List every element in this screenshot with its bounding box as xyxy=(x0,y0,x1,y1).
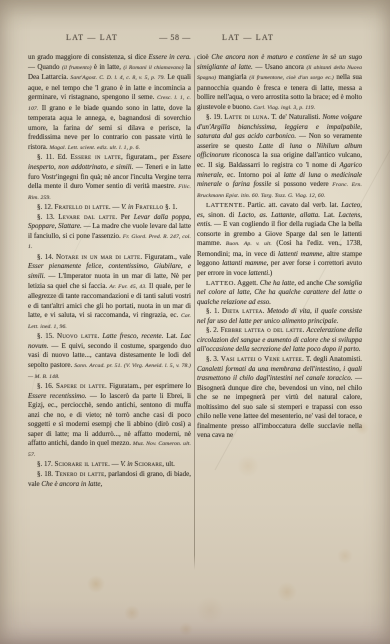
text-segment: un grado maggiore di consistenza, si dic… xyxy=(28,53,149,61)
text-segment: Che ha latte xyxy=(260,279,295,287)
text-segment: §. 19. xyxy=(206,113,224,121)
dictionary-paragraph: §. 19. Latte di luna. T. de' Naturalisti… xyxy=(197,113,362,201)
dictionary-paragraph: §. 15. Nuovo latte. Latte fresco, recent… xyxy=(28,332,191,382)
column-divider-rule xyxy=(194,55,195,570)
text-segment: Sant'Agost. C. D. l. 4, c. 8, v. 5, p. 7… xyxy=(70,75,165,81)
text-segment: (il frumento) xyxy=(62,65,92,71)
text-segment: . — xyxy=(108,460,120,468)
text-segment: mangiarla xyxy=(216,73,249,81)
text-segment: Vasi lattei o Vene lattee xyxy=(221,355,302,363)
text-segment: §. 12. xyxy=(37,203,55,211)
text-segment: §. 14. xyxy=(37,253,56,261)
text-segment: Fratello xyxy=(135,203,163,211)
text-segment: §. 1. xyxy=(163,203,177,211)
text-segment: §. 16. xyxy=(37,382,56,390)
text-segment: Sapere di latte xyxy=(56,382,105,390)
dictionary-paragraph: §. 14. Notare in un mar di latte. Figura… xyxy=(28,253,191,332)
dictionary-paragraph: §. 16. Sapere di latte. Figuratam., per … xyxy=(28,382,191,460)
text-segment: §. 18. xyxy=(37,470,55,478)
text-segment: o xyxy=(321,171,331,179)
text-segment: §. 11. Ed. xyxy=(37,153,71,161)
running-title-right: LAT — LAT xyxy=(222,33,274,42)
text-segment: , figuratam., per xyxy=(121,153,173,161)
text-segment: farina fossile xyxy=(233,180,272,188)
text-segment: §. 13. xyxy=(37,213,58,221)
text-segment: . Figuratam., per esprimere lo xyxy=(105,382,191,390)
text-segment: Essere recentissimo. xyxy=(28,392,87,400)
text-segment: (i Romani il chiamavano) xyxy=(123,65,183,71)
text-segment: Sciorare xyxy=(134,460,162,468)
text-segment: Ar. Fur. 45, 43. xyxy=(109,284,146,290)
dictionary-paragraph: §. 3. Vasi lattei o Vene lattee. T. degl… xyxy=(197,355,362,441)
text-segment: Latte di luna xyxy=(224,113,267,121)
text-segment: . Figuratam., vale xyxy=(140,253,191,261)
text-segment: cioè xyxy=(197,53,211,61)
text-segment: V. in xyxy=(120,460,134,468)
text-segment: è in latte, xyxy=(91,63,123,71)
text-segment: — Bisognerà dunque dire che, bevendosi u… xyxy=(197,374,362,439)
text-segment: §. 3. xyxy=(206,355,221,363)
text-segment: , ult. xyxy=(162,460,175,468)
page-header: LAT — LAT — 58 — LAT — LAT xyxy=(0,33,390,45)
text-segment: lattanti mamme xyxy=(222,259,267,267)
text-segment: Lat. xyxy=(320,211,338,219)
text-segment: (il frumentone, cioè d'un sorgo ec.) xyxy=(249,75,333,81)
text-segment: Latteo xyxy=(206,280,234,287)
dictionary-paragraph: §. 2. Febbre lattea o del latte. Acceler… xyxy=(197,326,362,355)
dictionary-paragraph: §. 1. Dieta lattea. Metodo di vita, il q… xyxy=(197,307,362,326)
text-columns: un grado maggiore di consistenza, si dic… xyxy=(28,53,362,570)
text-segment: Buon. Ap. v. ult. xyxy=(226,241,272,247)
text-segment: V. in xyxy=(121,203,135,211)
text-segment: , ec. Intorno poi al xyxy=(222,171,284,179)
page-number: — 58 — xyxy=(159,33,191,42)
dictionary-paragraph: §. 13. Levare dal latte. Per Levar dalla… xyxy=(28,213,191,253)
dictionary-paragraph: §. 17. Sciorare il latte. — V. in Sciora… xyxy=(28,460,191,470)
text-segment: Magal. Lett. scient. ediz. ult. l. 1, p.… xyxy=(49,145,140,151)
text-segment: Lattente xyxy=(206,202,243,209)
text-segment: o xyxy=(222,180,233,188)
text-segment: .) xyxy=(268,269,272,277)
dictionary-paragraph: un grado maggiore di consistenza, si dic… xyxy=(28,53,191,153)
text-column-left: un grado maggiore di consistenza, si dic… xyxy=(28,53,191,570)
book-page-scan: LAT — LAT — 58 — LAT — LAT un grado magg… xyxy=(0,0,390,644)
text-segment: §. 2. xyxy=(206,326,221,334)
text-segment: , ed anche xyxy=(294,279,324,287)
text-segment: — Quando xyxy=(28,63,62,71)
dictionary-paragraph: §. 11. Ed. Essere in latte, figuratam., … xyxy=(28,153,191,203)
text-segment: Sciorare il latte xyxy=(55,460,109,468)
dictionary-paragraph: §. 12. Fratello di latte. — V. in Fratel… xyxy=(28,203,191,213)
text-segment: . T. de' Naturalisti. xyxy=(268,113,323,121)
text-segment: , sinon. di xyxy=(203,211,238,219)
text-segment: Essere in latte xyxy=(71,153,121,161)
text-column-right: cioè Che ancora non è maturo e contiene … xyxy=(197,53,362,570)
text-segment: Che è ancora in latte, xyxy=(41,480,102,488)
text-segment: §. 1. xyxy=(206,307,222,315)
text-segment: §. 15. xyxy=(37,332,57,340)
text-segment: Febbre lattea o del latte xyxy=(221,326,303,334)
text-segment: Nuovo latte xyxy=(57,332,98,340)
text-segment: Il grano e le biade quando sono in latte… xyxy=(28,104,191,151)
text-segment: lattenti xyxy=(248,269,268,277)
dictionary-paragraph: cioè Che ancora non è maturo e contiene … xyxy=(197,53,362,113)
text-segment: Tenero di latte xyxy=(55,470,104,478)
text-segment: §. 17. xyxy=(37,460,55,468)
text-segment: Latte di luna xyxy=(259,142,302,150)
text-segment: si possono vedere xyxy=(271,180,332,188)
running-title-left: LAT — LAT xyxy=(66,33,118,42)
text-segment: Essere in cera. xyxy=(149,53,191,61)
dictionary-paragraph: Lattente. Partic. att. cavato dal verb. … xyxy=(197,201,362,278)
dictionary-paragraph: Latteo. Aggett. Che ha latte, ed anche C… xyxy=(197,279,362,308)
text-segment: lattenti mamme xyxy=(278,250,322,258)
text-segment: o xyxy=(302,142,316,150)
text-segment: Lacto, as. Lattante, allatta. xyxy=(238,211,320,219)
text-segment: Lat. xyxy=(163,332,180,340)
dictionary-paragraph: §. 18. Tenero di latte, parlandosi di gr… xyxy=(28,470,191,489)
text-segment: Notare in un mar di latte xyxy=(56,253,140,261)
text-segment: . T. degli Anatomisti. xyxy=(302,355,362,363)
text-segment: Fratello di latte xyxy=(55,203,109,211)
text-segment: Canaletti formati da una membrana dell'i… xyxy=(197,365,362,383)
text-segment: latte di luna xyxy=(284,171,321,179)
text-segment: Carl. Viag. ingl. 3, p. 119. xyxy=(253,105,315,111)
text-segment: . — xyxy=(109,203,121,211)
text-segment: Latte fresco, recente. xyxy=(102,332,163,340)
text-segment: Dieta lattea xyxy=(222,307,263,315)
text-segment: . Partic. att. cavato dal verb. lat. xyxy=(243,201,341,209)
text-segment: . Per xyxy=(115,213,133,221)
text-segment: . Aggett. xyxy=(234,279,260,287)
text-segment: Levare dal latte xyxy=(58,213,115,221)
text-segment: — Usano ancora xyxy=(253,63,307,71)
